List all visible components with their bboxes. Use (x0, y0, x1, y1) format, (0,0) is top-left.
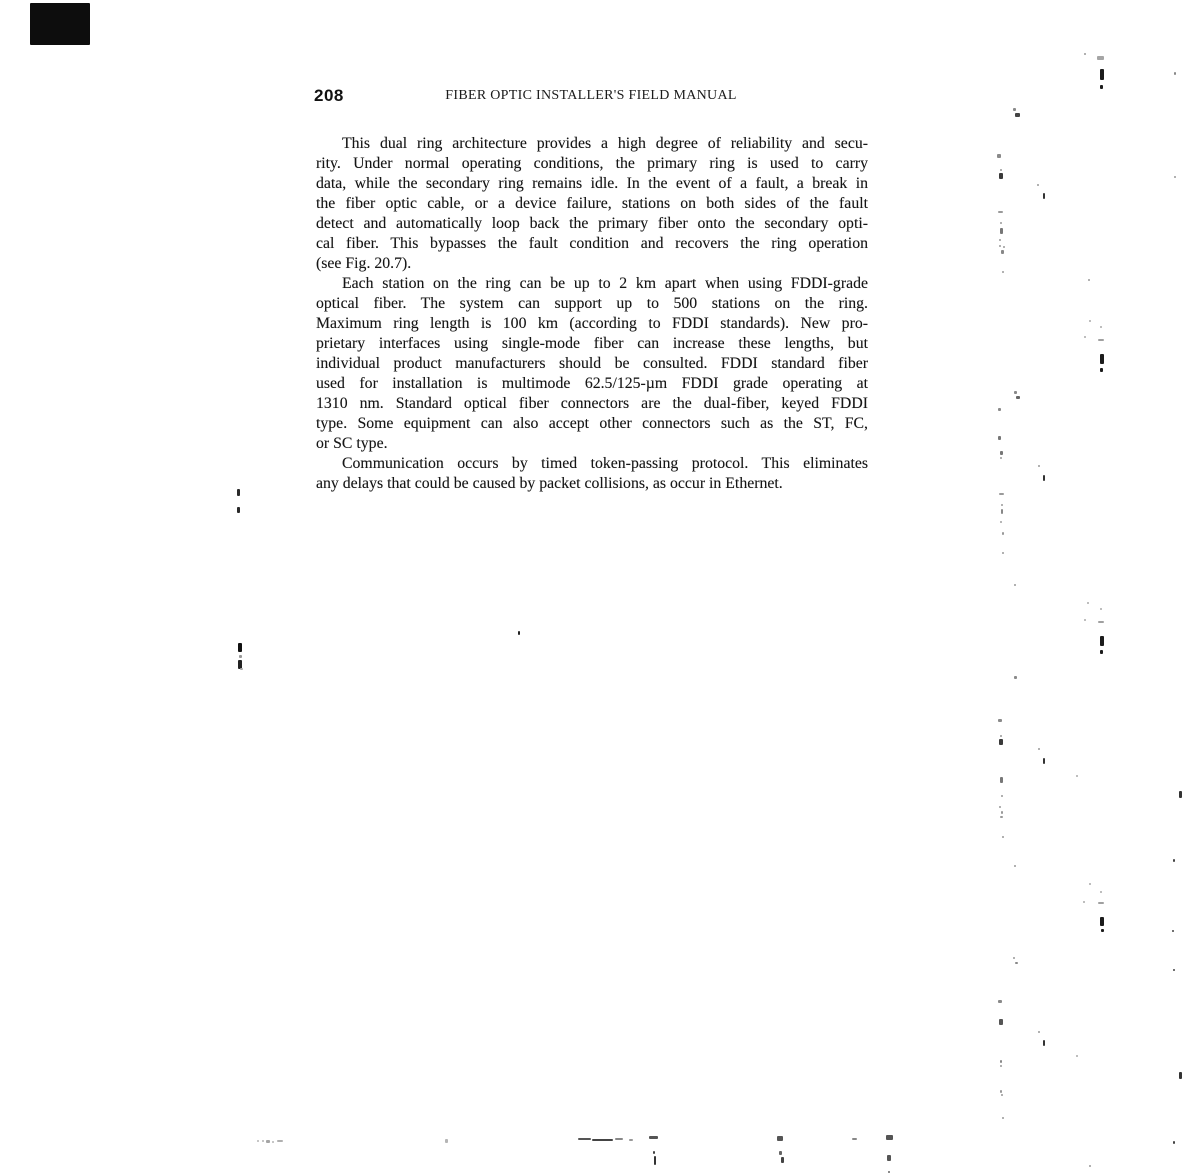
scan-speck (1089, 1165, 1091, 1167)
scan-speck (1001, 795, 1003, 797)
scan-speck (1000, 457, 1002, 459)
scan-speck (1038, 465, 1040, 467)
text-line: rity. Under normal operating conditions,… (316, 154, 868, 174)
text-line: (see Fig. 20.7). (316, 254, 868, 274)
scan-speck (1014, 584, 1016, 586)
scan-speck (1014, 676, 1017, 679)
scan-speck (1174, 72, 1176, 75)
scan-speck (1002, 552, 1004, 554)
scan-speck (1001, 1094, 1003, 1096)
scan-speck (1000, 816, 1003, 818)
scan-speck (1000, 451, 1003, 455)
scan-speck (1038, 748, 1040, 750)
scan-speck (1179, 1072, 1182, 1079)
scan-speck (1002, 836, 1004, 838)
text-line: Maximum ring length is 100 km (according… (316, 314, 868, 334)
scan-speck (1037, 184, 1039, 186)
scan-speck (1088, 279, 1090, 281)
scan-speck (1038, 1031, 1040, 1033)
scan-speck (1000, 169, 1002, 171)
scan-speck (1084, 619, 1086, 621)
scan-speck (1173, 859, 1175, 862)
scan-speck (1015, 113, 1020, 117)
scan-speck (1101, 929, 1104, 932)
scan-speck (1014, 865, 1016, 867)
scan-speck (887, 1155, 891, 1161)
text-line: This dual ring architecture provides a h… (316, 134, 868, 154)
scan-speck (852, 1138, 857, 1140)
scan-speck (1013, 957, 1015, 959)
scan-speck (518, 631, 520, 635)
scan-speck (777, 1136, 783, 1141)
scan-speck (888, 1171, 890, 1173)
scan-speck (1100, 354, 1104, 364)
text-line: data, while the secondary ring remains i… (316, 174, 868, 194)
scan-speck (1000, 1060, 1002, 1063)
scan-speck (257, 1140, 259, 1142)
scan-speck (1016, 396, 1020, 399)
text-line: 1310 nm. Standard optical fiber connecto… (316, 394, 868, 414)
scan-speck (1098, 621, 1104, 623)
scan-speck (1043, 1040, 1045, 1046)
text-line: used for installation is multimode 62.5/… (316, 374, 868, 394)
scan-speck (1084, 336, 1086, 338)
scan-speck (262, 1140, 264, 1142)
scan-speck (998, 1000, 1002, 1003)
scan-speck (999, 173, 1003, 179)
scan-speck (1043, 475, 1045, 481)
scan-speck (781, 1157, 784, 1163)
scan-speck (238, 643, 242, 652)
scan-speck (999, 245, 1001, 247)
text-line: cal fiber. This bypasses the fault condi… (316, 234, 868, 254)
scan-speck (1000, 228, 1003, 234)
scan-speck (1100, 326, 1102, 328)
scan-speck (240, 668, 243, 670)
scan-speck (654, 1156, 656, 1165)
scan-speck (1000, 735, 1002, 737)
scan-speck (999, 806, 1001, 808)
scan-speck (1003, 246, 1005, 248)
scan-speck (238, 660, 242, 669)
scan-speck (1098, 339, 1104, 341)
scan-speck (1013, 108, 1016, 111)
scan-speck (1098, 902, 1104, 904)
scan-speck (1001, 509, 1003, 514)
scan-speck (1083, 901, 1085, 903)
scan-speck (1015, 962, 1018, 964)
scan-speck (445, 1139, 448, 1143)
scan-speck (1000, 1090, 1002, 1093)
text-line: type. Some equipment can also accept oth… (316, 414, 868, 434)
scan-speck (1076, 775, 1078, 777)
scan-speck (779, 1151, 782, 1155)
scan-speck (1100, 891, 1102, 893)
scan-speck (629, 1139, 633, 1141)
scan-speck (1000, 1065, 1002, 1067)
scan-speck (1100, 917, 1104, 926)
scan-speck (1001, 504, 1003, 506)
scan-speck (999, 239, 1001, 241)
scan-speck (997, 154, 1001, 158)
scan-speck (1002, 532, 1004, 535)
text-line: the fiber optic cable, or a device failu… (316, 194, 868, 214)
text-line: any delays that could be caused by packe… (316, 474, 868, 494)
scan-speck (1076, 1055, 1078, 1057)
scan-speck (998, 408, 1001, 411)
scan-speck (1100, 85, 1103, 89)
text-line: Communication occurs by timed token-pass… (316, 454, 868, 474)
scan-speck (1089, 883, 1091, 885)
scan-speck (1002, 1117, 1004, 1119)
scan-speck (615, 1138, 623, 1140)
page-header: 208 FIBER OPTIC INSTALLER'S FIELD MANUAL (316, 86, 866, 108)
scan-speck (1173, 1141, 1175, 1144)
scan-speck (1043, 758, 1045, 764)
scan-corner-artifact (30, 3, 90, 45)
scan-speck (1172, 930, 1174, 932)
scan-speck (1001, 250, 1004, 254)
scan-speck (1100, 69, 1104, 80)
scan-speck (1002, 271, 1004, 273)
scan-speck (1179, 791, 1182, 798)
scan-speck (237, 507, 240, 513)
scan-speck (999, 739, 1003, 745)
scan-speck (999, 1019, 1003, 1025)
text-line: or SC type. (316, 434, 868, 454)
text-line: individual product manufacturers should … (316, 354, 868, 374)
scan-speck (1100, 368, 1103, 372)
scan-speck (1100, 636, 1104, 646)
scan-speck (1000, 222, 1002, 224)
text-line: detect and automatically loop back the p… (316, 214, 868, 234)
scan-speck (578, 1138, 591, 1140)
scan-speck (1000, 777, 1003, 783)
scan-speck (1001, 811, 1003, 814)
body-text: This dual ring architecture provides a h… (316, 134, 868, 494)
scan-speck (1173, 969, 1175, 971)
scan-speck (266, 1140, 270, 1143)
scan-speck (1089, 320, 1091, 322)
scan-speck (999, 493, 1004, 495)
scan-speck (237, 489, 240, 496)
scan-speck (1000, 521, 1002, 523)
scan-speck (1174, 176, 1176, 178)
running-title: FIBER OPTIC INSTALLER'S FIELD MANUAL (316, 88, 866, 104)
scan-speck (886, 1135, 893, 1140)
scan-speck (272, 1141, 274, 1143)
scan-speck (592, 1139, 613, 1141)
scan-speck (1084, 53, 1086, 55)
scan-speck (1100, 608, 1102, 610)
text-line: prietary interfaces using single-mode fi… (316, 334, 868, 354)
scan-speck (998, 436, 1001, 440)
scan-speck (277, 1140, 283, 1142)
scan-speck (649, 1136, 658, 1139)
scan-speck (239, 655, 242, 658)
scan-speck (998, 719, 1002, 722)
scan-speck (1097, 56, 1104, 60)
scanned-page: 208 FIBER OPTIC INSTALLER'S FIELD MANUAL… (0, 0, 1191, 1176)
scan-speck (1043, 193, 1045, 199)
scan-speck (653, 1151, 655, 1154)
scan-speck (1014, 391, 1017, 394)
scan-speck (1100, 650, 1103, 654)
scan-speck (1087, 602, 1089, 604)
scan-speck (998, 211, 1003, 213)
text-line: optical fiber. The system can support up… (316, 294, 868, 314)
text-line: Each station on the ring can be up to 2 … (316, 274, 868, 294)
